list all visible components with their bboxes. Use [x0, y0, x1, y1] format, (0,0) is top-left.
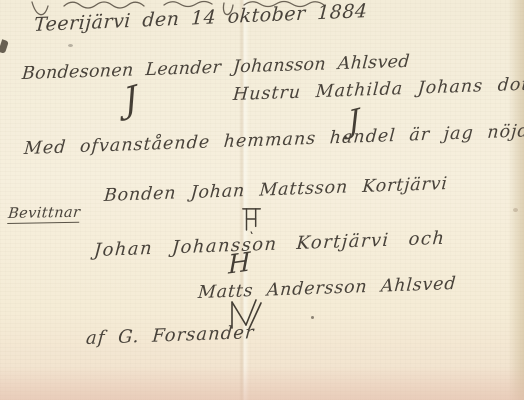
ink-speck: [513, 208, 518, 212]
right-edge-shadow: [508, 0, 524, 400]
ink-blot: [0, 39, 9, 54]
wife-name-line: Hustru Mathilda Johans dotter: [232, 74, 524, 105]
document-page: Teerijärvi den 14 oktober 1884 Bondesone…: [0, 0, 524, 400]
seller-bomarke-icon: [241, 204, 263, 234]
buyer-name-line: Bondesonen Leander Johansson Ahlsved: [21, 52, 410, 84]
buyer-bomarke: J: [122, 78, 139, 122]
witness1-name-line: Johan Johansson Kortjärvi och: [93, 228, 446, 261]
witness-heading: Bevittnar: [7, 205, 81, 224]
consent-statement: Med ofvanstående hemmans handel är jag n…: [23, 121, 524, 159]
ink-speck: [311, 316, 314, 319]
bottom-edge-discoloration: [0, 366, 524, 400]
clerk-signature: af G. Forsander: [85, 322, 255, 349]
witness1-bomarke: H: [228, 247, 250, 280]
seller-name-line: Bonden Johan Mattsson Kortjärvi: [103, 174, 448, 206]
ink-speck: [68, 44, 73, 47]
